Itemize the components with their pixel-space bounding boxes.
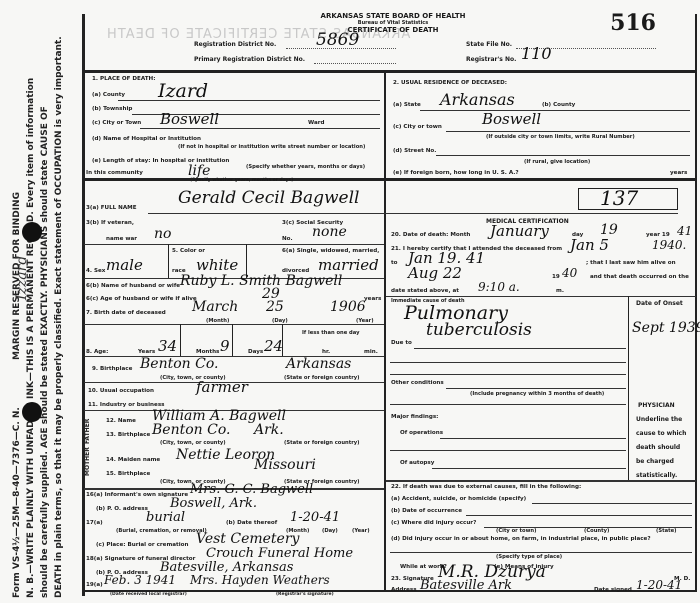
burial-year-note: (Year) bbox=[352, 528, 370, 534]
ward-label: Ward bbox=[308, 120, 325, 126]
cause-line-2: tuberculosis bbox=[426, 320, 532, 340]
m-label: m. bbox=[556, 288, 564, 294]
race-value: white bbox=[196, 256, 238, 274]
onset-header: Date of Onset bbox=[636, 300, 683, 307]
street-note: (If rural, give location) bbox=[524, 159, 590, 165]
birthplace-state-note: (State or foreign country) bbox=[284, 375, 360, 381]
months-unit-label: Months bbox=[196, 349, 219, 355]
disposition-note: (Burial, cremation, or removal) bbox=[116, 528, 207, 534]
city-label: (c) City or Town bbox=[92, 120, 141, 126]
burial-date: 1-20-41 bbox=[290, 510, 340, 525]
community-label: In this community bbox=[86, 170, 143, 176]
years-label: years bbox=[670, 170, 687, 176]
last-seen: Aug 22 bbox=[408, 264, 462, 282]
disposition-value: burial bbox=[146, 510, 185, 525]
hr-label: hr. bbox=[322, 349, 330, 355]
community-value: life bbox=[188, 163, 210, 179]
less-than-day-label: If less than one day bbox=[302, 330, 359, 336]
years-unit-label: Years bbox=[138, 349, 155, 355]
operations-label: Of operations bbox=[400, 430, 443, 436]
sex-label: 4. Sex bbox=[86, 268, 105, 274]
instruction-line-4: DEATH in plain terms, so that it may be … bbox=[54, 8, 64, 598]
father-city-note: (City, town, or county) bbox=[160, 440, 226, 446]
father-side-label: FATHER bbox=[84, 419, 91, 444]
burial-place-label: (c) Place: Burial or cremation bbox=[96, 542, 188, 548]
divider bbox=[84, 178, 696, 181]
death-certificate: Form VS-4½—25M—8-40—7376—C. N. N. B.—WRI… bbox=[0, 0, 700, 603]
right-border bbox=[695, 14, 697, 592]
physician-note-2: cause to which bbox=[636, 430, 686, 437]
residence-state-label: (a) State bbox=[393, 102, 421, 108]
margin-handwriting: Izzard bbox=[14, 256, 30, 300]
township-label: (b) Township bbox=[92, 106, 132, 112]
received-note: (Date received local registrar) bbox=[110, 592, 187, 597]
received-date: Feb. 3 1941 bbox=[104, 573, 176, 587]
birthplace-city: Benton Co. bbox=[140, 356, 218, 372]
father-birthplace-label: 13. Birthplace bbox=[106, 432, 150, 438]
last-seen-label: ; that I last saw him alive on bbox=[586, 260, 676, 266]
registrar-signature: Mrs. Hayden Weathers bbox=[190, 573, 330, 587]
date-signed: 1-20-41 bbox=[636, 578, 682, 592]
full-name-label: 3(a) FULL NAME bbox=[86, 205, 137, 211]
attended-from: Jan 5 bbox=[570, 236, 609, 254]
last-seen-year-label: 19 bbox=[552, 274, 560, 280]
received-label: 19(a) bbox=[86, 582, 103, 588]
ss-value: none bbox=[312, 224, 347, 240]
registration-district-label: Registration District No. bbox=[194, 41, 276, 48]
residence-city-label: (c) City or town bbox=[393, 124, 442, 130]
registrar-value: 110 bbox=[521, 44, 552, 63]
where-label: (c) Where did injury occur? bbox=[391, 520, 476, 526]
onset-date: Sept 1939 bbox=[632, 320, 700, 336]
place-type-note: (Specify type of place) bbox=[496, 554, 562, 560]
birthplace-label: 9. Birthplace bbox=[92, 366, 132, 372]
burial-date-label: (b) Date thereof bbox=[226, 520, 277, 526]
color-label: 5. Color or bbox=[172, 248, 205, 254]
father-name-label: 12. Name bbox=[106, 418, 136, 424]
home-label: (d) Did injury occur in or about home, o… bbox=[391, 536, 651, 542]
hospital-note: (If not in hospital or institution write… bbox=[178, 144, 365, 150]
date-signed-label: Date signed bbox=[594, 587, 632, 593]
county-label: (a) County bbox=[92, 92, 125, 98]
punch-hole-icon bbox=[22, 222, 42, 242]
due-to-label: Due to bbox=[391, 340, 412, 346]
spouse-age-unit: years bbox=[364, 296, 381, 302]
attended-from-year: 1940. bbox=[652, 238, 686, 252]
occurrence-label: (b) Date of occurrence bbox=[391, 508, 462, 514]
punch-hole-icon bbox=[22, 402, 42, 422]
foreign-born-label: (e) If foreign born, how long in U. S. A… bbox=[393, 170, 519, 176]
external-causes-label: 22. If death was due to external causes,… bbox=[391, 484, 581, 490]
occupation-value: farmer bbox=[196, 378, 248, 396]
stay-note: (Specify whether years, months or days) bbox=[246, 164, 365, 170]
residence-state-value: Arkansas bbox=[440, 90, 515, 109]
physician-address-label: Address bbox=[391, 587, 417, 593]
physician-note-4: be charged bbox=[636, 458, 674, 465]
divider bbox=[84, 70, 696, 73]
death-year: 41 bbox=[677, 224, 692, 238]
instruction-line-3: should be carefully supplied. AGE should… bbox=[40, 8, 50, 598]
residence-heading: 2. USUAL RESIDENCE OF DECEASED: bbox=[393, 80, 507, 86]
war-value: no bbox=[154, 226, 171, 242]
ss-no-label: No. bbox=[282, 236, 293, 242]
left-border bbox=[82, 14, 85, 596]
where-county-note: (County) bbox=[584, 528, 609, 534]
death-time: 9:10 a. bbox=[478, 280, 520, 294]
autopsy-label: Of autopsy bbox=[400, 460, 434, 466]
min-label: min. bbox=[364, 349, 378, 355]
age-label: 8. Age: bbox=[86, 349, 108, 355]
age-days: 24 bbox=[264, 337, 283, 355]
funeral-director: Crouch Funeral Home bbox=[206, 546, 353, 561]
death-month: January bbox=[490, 222, 549, 240]
registrar-note: (Registrar's signature) bbox=[276, 592, 334, 597]
birth-year: 1906 bbox=[330, 299, 366, 315]
county-value: Izard bbox=[158, 80, 208, 102]
death-date-label: 20. Date of death: Month bbox=[391, 232, 470, 238]
war-label: name war bbox=[106, 236, 137, 242]
major-findings-label: Major findings: bbox=[391, 414, 438, 420]
residence-city-value: Boswell bbox=[482, 110, 541, 128]
age-months: 9 bbox=[220, 337, 230, 355]
father-state-note: (State or foreign country) bbox=[284, 440, 360, 446]
birthplace-state: Arkansas bbox=[286, 356, 351, 372]
certificate-header: ARKANSAS STATE CERTIFICATE OF DEATH ARKA… bbox=[86, 0, 700, 70]
physician-note-3: death should bbox=[636, 444, 680, 451]
residence-city-note: (If outside city or town limits, write R… bbox=[486, 134, 635, 140]
mother-side-label: MOTHER bbox=[84, 447, 91, 476]
physician-note-5: statistically. bbox=[636, 472, 677, 479]
city-value: Boswell bbox=[160, 110, 219, 128]
birth-day: 25 bbox=[266, 299, 284, 315]
physician-address: Batesville Ark bbox=[420, 578, 512, 593]
nb-instruction: N. B.—WRITE PLAINLY WITH UNFADING INK—TH… bbox=[26, 8, 36, 598]
marital-value: married bbox=[318, 256, 379, 274]
full-name-value: Gerald Cecil Bagwell bbox=[178, 188, 360, 208]
physician-heading: PHYSICIAN bbox=[638, 402, 675, 409]
disposition-label: 17(a) bbox=[86, 520, 103, 526]
file-number: 516 bbox=[610, 10, 656, 36]
primary-district-label: Primary Registration District No. bbox=[194, 56, 305, 63]
veteran-label: 3(b) If veteran, bbox=[86, 220, 134, 226]
registration-district-value: 5869 bbox=[316, 30, 359, 50]
occupation-label: 10. Usual occupation bbox=[88, 388, 154, 394]
last-seen-year: 40 bbox=[562, 266, 577, 280]
mother-birthplace-label: 15. Birthplace bbox=[106, 471, 150, 477]
spouse-age-label: 6(c) Age of husband or wife if alive bbox=[86, 296, 197, 302]
birth-date-label: 7. Birth date of deceased bbox=[86, 310, 166, 316]
code-box-value: 137 bbox=[600, 186, 638, 210]
other-conditions-label: Other conditions bbox=[391, 380, 444, 386]
state-file-label: State File No. bbox=[466, 41, 512, 48]
informant-signature: Mrs. G. C. Bagwell bbox=[190, 482, 313, 497]
to-label: to bbox=[391, 260, 398, 266]
age-years: 34 bbox=[158, 337, 177, 355]
community-note: (Specify whether years, months or days) bbox=[190, 178, 293, 183]
mother-name-label: 14. Maiden name bbox=[106, 457, 160, 463]
father-birthplace-state: Ark. bbox=[254, 422, 284, 438]
pregnancy-note: (Include pregnancy within 3 months of de… bbox=[470, 391, 604, 397]
informant-address: Boswell, Ark. bbox=[170, 496, 257, 511]
stated-label: date stated above, at bbox=[391, 288, 459, 294]
informant-address-label: (b) P. O. address bbox=[96, 506, 148, 512]
marital-label: 6(a) Single, widowed, married, bbox=[282, 248, 379, 254]
agency-name: ARKANSAS STATE BOARD OF HEALTH bbox=[308, 12, 478, 20]
where-state-note: (State) bbox=[656, 528, 676, 534]
father-birthplace: Benton Co. bbox=[152, 422, 230, 438]
burial-day-note: (Day) bbox=[322, 528, 338, 534]
street-label: (d) Street No. bbox=[393, 148, 436, 154]
center-divider bbox=[384, 70, 386, 590]
registrar-label: Registrar's No. bbox=[466, 56, 516, 63]
binding-margin: Form VS-4½—25M—8-40—7376—C. N. N. B.—WRI… bbox=[0, 0, 82, 603]
days-unit-label: Days bbox=[248, 349, 263, 355]
birth-month: March bbox=[192, 299, 238, 315]
spouse-label: 6(b) Name of husband or wife bbox=[86, 283, 180, 289]
where-city-note: (City or town) bbox=[496, 528, 536, 534]
accident-label: (a) Accident, suicide, or homicide (spec… bbox=[391, 496, 526, 502]
sex-value: male bbox=[106, 256, 143, 274]
residence-county-label: (b) County bbox=[542, 102, 575, 108]
hospital-label: (d) Name of Hospital or Institution bbox=[92, 136, 201, 142]
mother-birthplace-state: Missouri bbox=[254, 457, 316, 473]
physician-note-1: Underline the bbox=[636, 416, 682, 423]
burial-place: Vest Cemetery bbox=[196, 531, 299, 547]
place-of-death-heading: 1. PLACE OF DEATH: bbox=[92, 76, 155, 82]
occurred-label: and that death occurred on the bbox=[590, 274, 689, 280]
